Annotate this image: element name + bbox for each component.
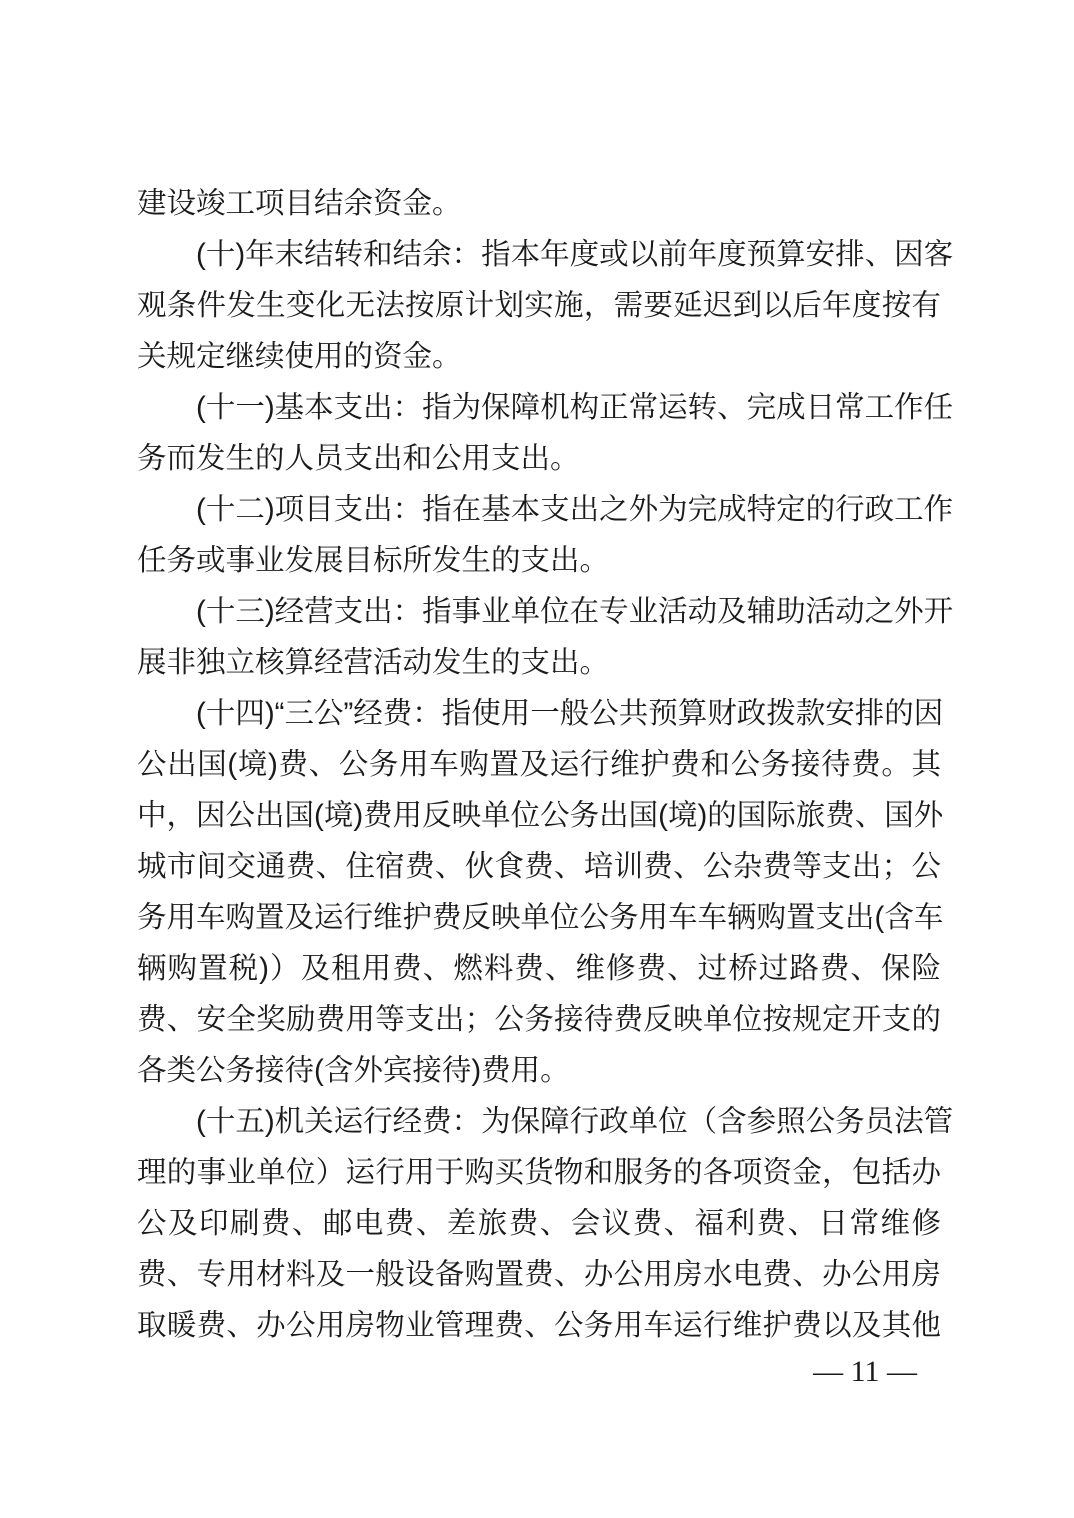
text-line: (十)年末结转和结余：指本年度或以前年度预算安排、因客 [137, 229, 941, 280]
text-line: 展非独立核算经营活动发生的支出。 [137, 637, 941, 688]
text-line: (十四)“三公”经费：指使用一般公共预算财政拨款安排的因 [137, 688, 941, 739]
text-line: 任务或事业发展目标所发生的支出。 [137, 535, 941, 586]
text-line: 公及印刷费、邮电费、差旅费、会议费、福利费、日常维修 [137, 1198, 941, 1249]
text-line: 费、专用材料及一般设备购置费、办公用房水电费、办公用房 [137, 1249, 941, 1300]
text-line: 公出国(境)费、公务用车购置及运行维护费和公务接待费。其 [137, 739, 941, 790]
text-line: 务而发生的人员支出和公用支出。 [137, 433, 941, 484]
text-line: (十一)基本支出：指为保障机构正常运转、完成日常工作任 [137, 382, 941, 433]
text-line: 辆购置税)）及租用费、燃料费、维修费、过桥过路费、保险 [137, 943, 941, 994]
text-line: (十三)经营支出：指事业单位在专业活动及辅助活动之外开 [137, 586, 941, 637]
text-line: (十二)项目支出：指在基本支出之外为完成特定的行政工作 [137, 484, 941, 535]
text-line: 取暖费、办公用房物业管理费、公务用车运行维护费以及其他 [137, 1300, 941, 1351]
text-line: 建设竣工项目结余资金。 [137, 178, 941, 229]
document-body: 建设竣工项目结余资金。(十)年末结转和结余：指本年度或以前年度预算安排、因客观条… [137, 178, 941, 1351]
text-line: 中，因公出国(境)费用反映单位公务出国(境)的国际旅费、国外 [137, 790, 941, 841]
page-number: — 11 — [813, 1352, 917, 1392]
text-line: 费、安全奖励费用等支出；公务接待费反映单位按规定开支的 [137, 994, 941, 1045]
text-line: (十五)机关运行经费：为保障行政单位（含参照公务员法管 [137, 1096, 941, 1147]
text-line: 关规定继续使用的资金。 [137, 331, 941, 382]
text-line: 各类公务接待(含外宾接待)费用。 [137, 1045, 941, 1096]
text-line: 观条件发生变化无法按原计划实施，需要延迟到以后年度按有 [137, 280, 941, 331]
text-line: 理的事业单位）运行用于购买货物和服务的各项资金，包括办 [137, 1147, 941, 1198]
document-page: 建设竣工项目结余资金。(十)年末结转和结余：指本年度或以前年度预算安排、因客观条… [0, 0, 1074, 1518]
text-line: 城市间交通费、住宿费、伙食费、培训费、公杂费等支出；公 [137, 841, 941, 892]
text-line: 务用车购置及运行维护费反映单位公务用车车辆购置支出(含车 [137, 892, 941, 943]
